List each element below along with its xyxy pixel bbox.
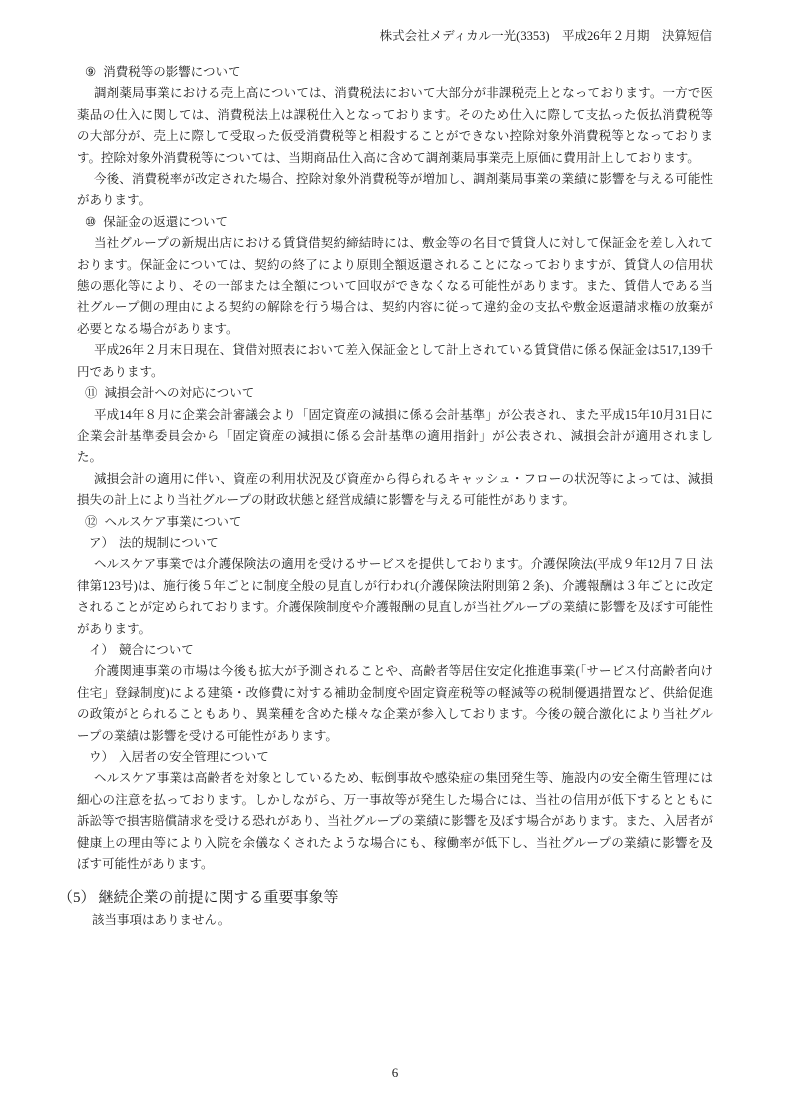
- section-5-label: （5）: [58, 886, 96, 910]
- section-10-title: 保証金の返還について: [103, 215, 228, 229]
- subsection-a-paragraph: ヘルスケア事業では介護保険法の適用を受けるサービスを提供しております。介護保険法…: [77, 554, 713, 640]
- subsection-a-label: ア）: [89, 533, 114, 554]
- section-11-number: ⑪: [85, 383, 98, 404]
- subsection-u-title: 入居者の安全管理について: [119, 750, 269, 764]
- subsection-a-title: 法的規制について: [119, 536, 219, 550]
- subsection-u-heading: ウ）入居者の安全管理について: [77, 747, 713, 768]
- subsection-i-heading: イ）競合について: [77, 640, 713, 661]
- section-5-body: 該当事項はありません。: [92, 910, 713, 931]
- subsection-i-title: 競合について: [119, 643, 194, 657]
- section-9-paragraph-1: 調剤薬局事業における売上高については、消費税法において大部分が非課税売上となって…: [77, 83, 713, 169]
- section-12-number: ⑫: [85, 512, 98, 533]
- section-10-heading: ⑩保証金の返還について: [77, 212, 713, 233]
- section-11-heading: ⑪減損会計への対応について: [77, 383, 713, 404]
- section-10-paragraph-1: 当社グループの新規出店における賃貸借契約締結時には、敷金等の名目で賃貸人に対して…: [77, 233, 713, 340]
- document-page: 株式会社メディカル一光(3353) 平成26年２月期 決算短信 ⑨消費税等の影響…: [0, 0, 790, 1118]
- subsection-u-label: ウ）: [89, 747, 114, 768]
- section-9-paragraph-2: 今後、消費税率が改定された場合、控除対象外消費税等が増加し、調剤薬局事業の業績に…: [77, 169, 713, 212]
- section-5-heading: （5）継続企業の前提に関する重要事象等: [58, 886, 713, 910]
- section-12-heading: ⑫ヘルスケア事業について: [77, 512, 713, 533]
- section-9-heading: ⑨消費税等の影響について: [77, 62, 713, 83]
- page-number: 6: [0, 1064, 790, 1082]
- section-10-paragraph-2: 平成26年２月末日現在、貸借対照表において差入保証金として計上されている賃貸借に…: [77, 340, 713, 383]
- subsection-a-heading: ア）法的規制について: [77, 533, 713, 554]
- section-11-paragraph-2: 減損会計の適用に伴い、資産の利用状況及び資産から得られるキャッシュ・フローの状況…: [77, 469, 713, 512]
- subsection-u-paragraph: ヘルスケア事業は高齢者を対象としているため、転倒事故や感染症の集団発生等、施設内…: [77, 768, 713, 875]
- section-9-title: 消費税等の影響について: [103, 65, 240, 79]
- section-5-title: 継続企業の前提に関する重要事象等: [99, 890, 339, 906]
- subsection-i-paragraph: 介護関連事業の市場は今後も拡大が予測されることや、高齢者等居住安定化推進事業(「…: [77, 661, 713, 747]
- document-body: ⑨消費税等の影響について 調剤薬局事業における売上高については、消費税法において…: [77, 62, 713, 932]
- section-12-title: ヘルスケア事業について: [105, 515, 242, 529]
- section-11-title: 減損会計への対応について: [105, 386, 255, 400]
- document-header: 株式会社メディカル一光(3353) 平成26年２月期 決算短信: [0, 28, 712, 44]
- subsection-i-label: イ）: [89, 640, 114, 661]
- section-9-number: ⑨: [85, 62, 96, 83]
- section-11-paragraph-1: 平成14年８月に企業会計審議会より「固定資産の減損に係る会計基準」が公表され、ま…: [77, 405, 713, 469]
- section-10-number: ⑩: [85, 212, 96, 233]
